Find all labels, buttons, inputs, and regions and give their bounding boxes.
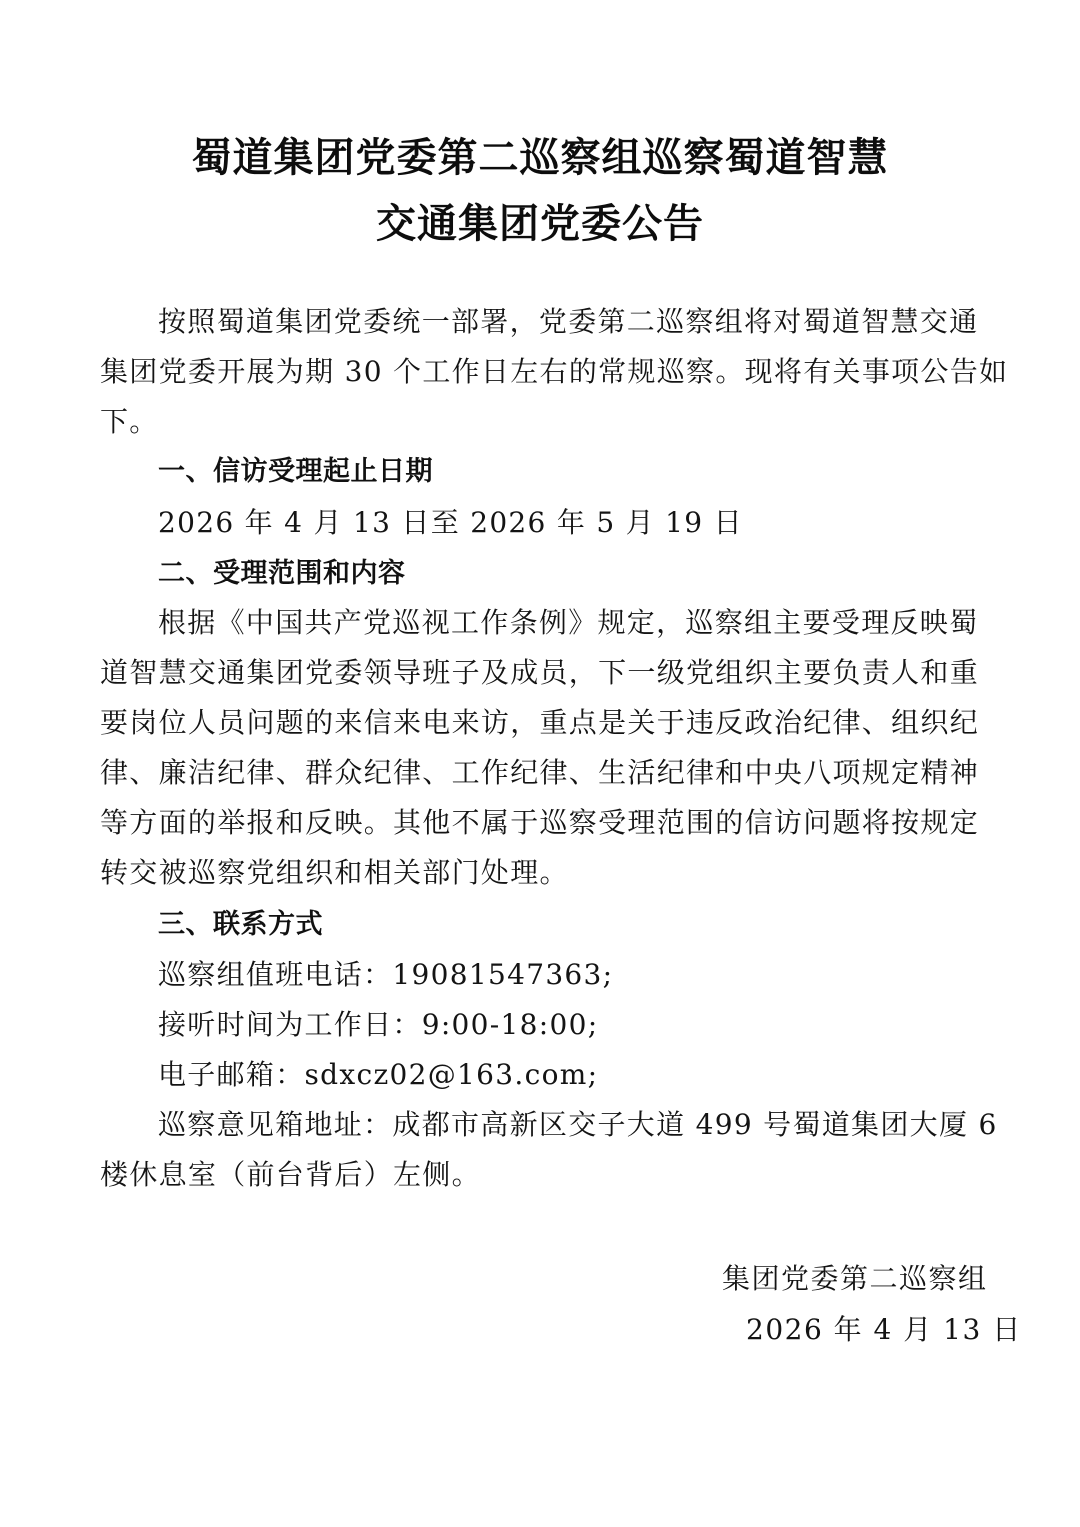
contact-phone: 巡察组值班电话：19081547363; [158, 958, 1038, 992]
document-page: 蜀道集团党委第二巡察组巡察蜀道智慧 交通集团党委公告 按照蜀道集团党委统一部署，… [0, 0, 1080, 1527]
document-title-line-1: 蜀道集团党委第二巡察组巡察蜀道智慧 [0, 134, 1080, 182]
intro-paragraph-line-3: 下。 [100, 405, 980, 439]
contact-address-line-2: 楼休息室（前台背后）左侧。 [100, 1158, 980, 1192]
section-2-heading: 二、受理范围和内容 [158, 557, 1038, 591]
signature-organization: 集团党委第二巡察组 [722, 1262, 988, 1296]
section-2-line-2: 道智慧交通集团党委领导班子及成员，下一级党组织主要负责人和重 [100, 656, 968, 690]
section-2-line-3: 要岗位人员问题的来信来电来访，重点是关于违反政治纪律、组织纪 [100, 706, 968, 740]
section-2-line-5: 等方面的举报和反映。其他不属于巡察受理范围的信访问题将按规定 [100, 806, 968, 840]
section-1-heading: 一、信访受理起止日期 [158, 455, 1038, 489]
signature-date: 2026 年 4 月 13 日 [746, 1313, 1022, 1347]
section-2-line-4: 律、廉洁纪律、群众纪律、工作纪律、生活纪律和中央八项规定精神 [100, 756, 968, 790]
contact-address-line-1: 巡察意见箱地址：成都市高新区交子大道 499 号蜀道集团大厦 6 [158, 1108, 964, 1142]
section-3-heading: 三、联系方式 [158, 908, 1038, 942]
section-2-line-6: 转交被巡察党组织和相关部门处理。 [100, 856, 980, 890]
section-2-line-1: 根据《中国共产党巡视工作条例》规定，巡察组主要受理反映蜀 [158, 606, 968, 640]
document-title-line-2: 交通集团党委公告 [0, 200, 1080, 248]
intro-paragraph-line-2: 集团党委开展为期 30 个工作日左右的常规巡察。现将有关事项公告如 [100, 355, 984, 389]
contact-email: 电子邮箱：sdxcz02@163.com; [158, 1058, 1038, 1092]
intro-paragraph-line-1: 按照蜀道集团党委统一部署，党委第二巡察组将对蜀道智慧交通 [158, 305, 968, 339]
contact-hours: 接听时间为工作日：9:00-18:00; [158, 1008, 1038, 1042]
section-1-date-range: 2026 年 4 月 13 日至 2026 年 5 月 19 日 [158, 506, 1038, 540]
